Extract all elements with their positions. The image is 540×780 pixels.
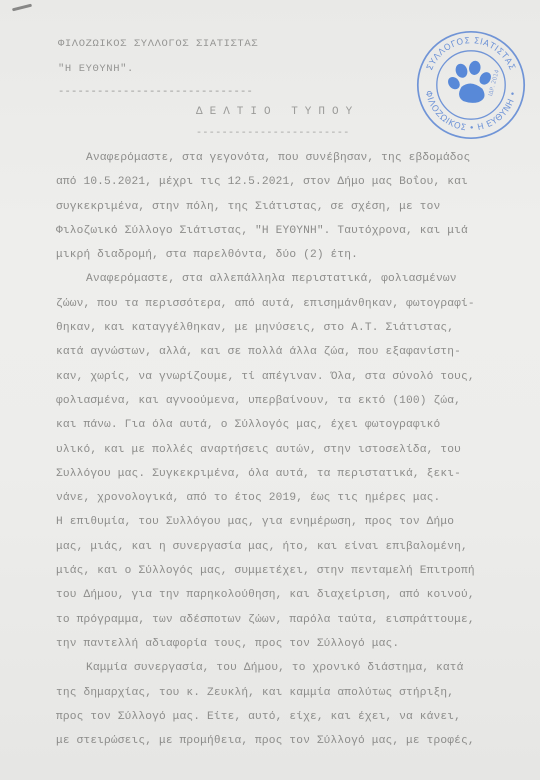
organization-motto: "Η ΕΥΘΥΝΗ". <box>58 63 134 75</box>
text-line: Η επιθυμία, του Συλλόγου μας, για ενημέρ… <box>56 510 526 534</box>
organization-stamp: ΣΥΛΛΟΓΟΣ ΣΙΑΤΙΣΤΑΣ ΦΙΛΟΖΩΙΚΟΣ • Η ΕΥΘΥΝΗ… <box>414 28 528 142</box>
paragraph: Αναφερόμαστε, στα αλλεπάλληλα περιστατικ… <box>56 267 526 656</box>
text-line: συγκεκριμένα, στην πόλη, της Σιάτιστας, … <box>56 195 526 219</box>
text-line: υλικό, και με πολλές αναρτήσεις αυτών, σ… <box>56 438 526 462</box>
text-line: το πρόγραμμα, των αδέσποτων ζώων, παρόλα… <box>56 608 526 632</box>
text-line: καν, χωρίς, να γνωρίζουμε, τί απέγιναν. … <box>56 365 526 389</box>
title-divider: ------------------------ <box>196 128 350 139</box>
paw-print-icon <box>446 60 494 103</box>
text-line: της δημαρχίας, του κ. Ζευκλή, και καμμία… <box>56 681 526 705</box>
text-line: του Δήμου, για την παρηκολούθηση, και δι… <box>56 583 526 607</box>
text-line: ζώων, που τα περισσότερα, από αυτά, επισ… <box>56 292 526 316</box>
text-line: μικρή διαδρομή, στα παρελθόντα, δύο (2) … <box>56 243 526 267</box>
stamp-graphic: ΣΥΛΛΟΓΟΣ ΣΙΑΤΙΣΤΑΣ ΦΙΛΟΖΩΙΚΟΣ • Η ΕΥΘΥΝΗ… <box>414 28 528 142</box>
text-line: κατά αγνώστων, αλλά, και σε πολλά άλλα ζ… <box>56 340 526 364</box>
text-line: φολιασμένα, και αγνοούμενα, υπερβαίνουν,… <box>56 389 526 413</box>
text-line: προς τον Σύλλογό μας. Είτε, αυτό, είχε, … <box>56 705 526 729</box>
press-release-body: Αναφερόμαστε, στα γεγονότα, που συνέβησα… <box>56 146 526 753</box>
paragraph: Καμμία συνεργασία, του Δήμου, το χρονικό… <box>56 656 526 753</box>
text-line: μας, μιάς, και η συνεργασία μας, ήτο, κα… <box>56 535 526 559</box>
text-line: Αναφερόμαστε, στα γεγονότα, που συνέβησα… <box>56 146 526 170</box>
text-line: Αναφερόμαστε, στα αλλεπάλληλα περιστατικ… <box>56 267 526 291</box>
svg-text:ΙΔΡ. 2014: ΙΔΡ. 2014 <box>488 69 501 97</box>
paragraph: Αναφερόμαστε, στα γεγονότα, που συνέβησα… <box>56 146 526 267</box>
text-line: από 10.5.2021, μέχρι τις 12.5.2021, στον… <box>56 170 526 194</box>
text-line: μιάς, και ο Σύλλογός μας, συμμετέχει, στ… <box>56 559 526 583</box>
text-line: Συλλόγου μας. Συγκεκριμένα, όλα αυτά, τα… <box>56 462 526 486</box>
text-line: με στειρώσεις, με προμήθεια, προς τον Σύ… <box>56 729 526 753</box>
document-title: ΔΕΛΤΙΟ ΤΥΠΟΥ <box>196 106 359 118</box>
text-line: Καμμία συνεργασία, του Δήμου, το χρονικό… <box>56 656 526 680</box>
text-line: θηκαν, και καταγγέλθηκαν, με μηνύσεις, σ… <box>56 316 526 340</box>
text-line: την παντελλή αδιαφορία τους, προς τον Σύ… <box>56 632 526 656</box>
pen-mark <box>12 4 32 12</box>
organization-name: ΦΙΛΟΖΩΙΚΟΣ ΣΥΛΛΟΓΟΣ ΣΙΑΤΙΣΤΑΣ <box>58 38 258 50</box>
text-line: νάνε, χρονολογικά, από το έτος 2019, έως… <box>56 486 526 510</box>
header-divider: ------------------------------ <box>58 86 253 98</box>
press-release-page: ΦΙΛΟΖΩΙΚΟΣ ΣΥΛΛΟΓΟΣ ΣΙΑΤΙΣΤΑΣ "Η ΕΥΘΥΝΗ"… <box>0 0 540 780</box>
text-line: και πάνω. Για όλα αυτά, ο Σύλλογός μας, … <box>56 413 526 437</box>
text-line: Φιλοζωικό Σύλλογο Σιάτιστας, "Η ΕΥΘΥΝΗ".… <box>56 219 526 243</box>
